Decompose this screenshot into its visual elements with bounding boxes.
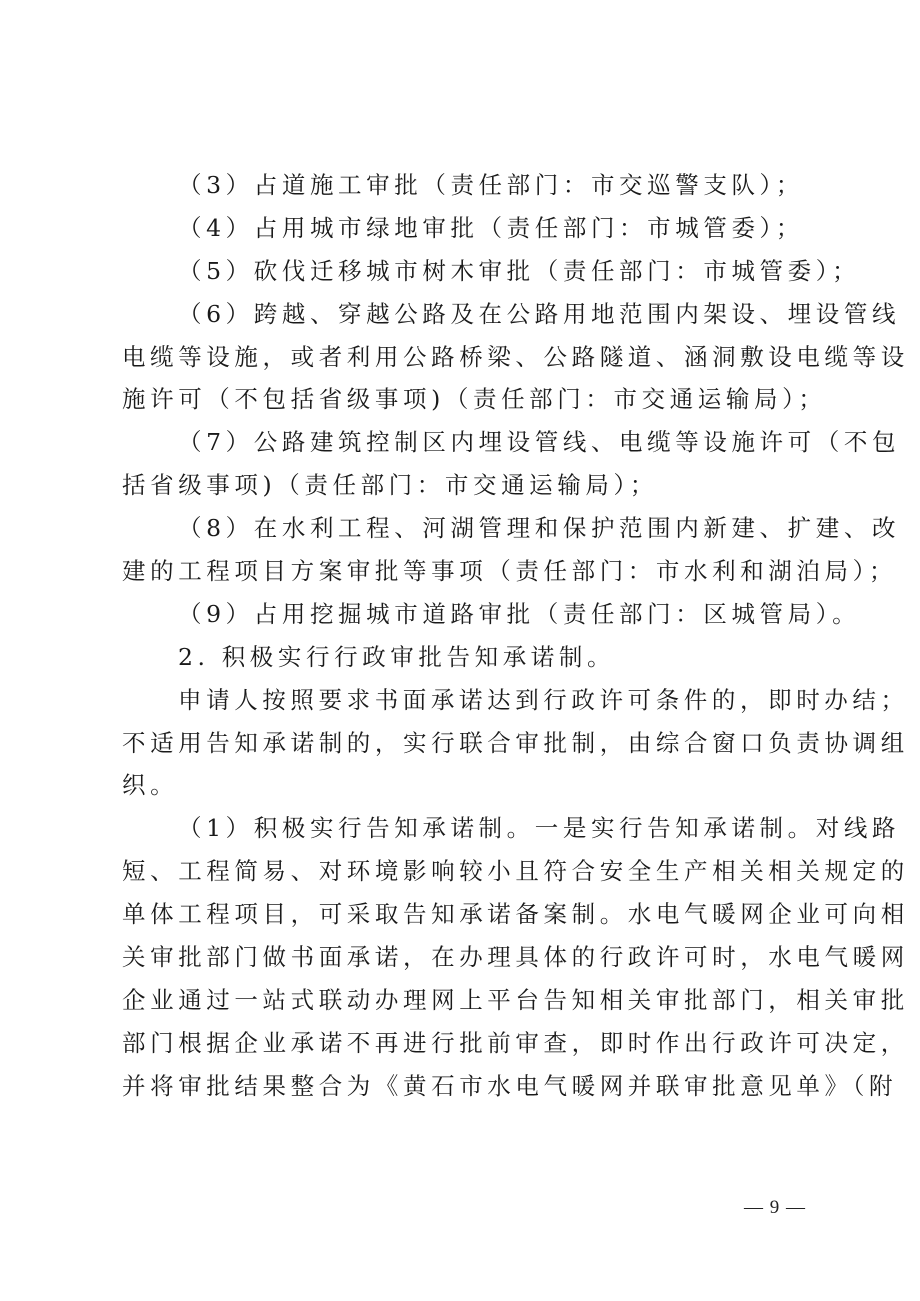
list-item-6-line-1: （6）跨越、穿越公路及在公路用地范围内架设、埋设管线 xyxy=(122,293,802,336)
paragraph-line: 并将审批结果整合为《黄石市水电气暖网并联审批意见单》（附 xyxy=(122,1065,802,1108)
paragraph-line: 关审批部门做书面承诺，在办理具体的行政许可时，水电气暖网 xyxy=(122,936,802,979)
list-item-6-line-2: 电缆等设施，或者利用公路桥梁、公路隧道、涵洞敷设电缆等设 xyxy=(122,336,802,379)
paragraph-line: 短、工程简易、对环境影响较小且符合安全生产相关相关规定的 xyxy=(122,850,802,893)
paragraph-line: 部门根据企业承诺不再进行批前审查，即时作出行政许可决定， xyxy=(122,1022,802,1065)
paragraph-line: 单体工程项目，可采取告知承诺备案制。水电气暖网企业可向相 xyxy=(122,893,802,936)
list-item-4: （4）占用城市绿地审批（责任部门：市城管委）； xyxy=(122,207,802,250)
section-heading-2: 2. 积极实行行政审批告知承诺制。 xyxy=(122,636,802,679)
paragraph-line: 申请人按照要求书面承诺达到行政许可条件的，即时办结； xyxy=(122,679,802,722)
list-item-8-line-1: （8）在水利工程、河湖管理和保护范围内新建、扩建、改 xyxy=(122,507,802,550)
list-item-3: （3）占道施工审批（责任部门：市交巡警支队）； xyxy=(122,164,802,207)
paragraph-line: 织。 xyxy=(122,764,802,807)
paragraph-line: （1）积极实行告知承诺制。一是实行告知承诺制。对线路 xyxy=(122,807,802,850)
document-body: （3）占道施工审批（责任部门：市交巡警支队）； （4）占用城市绿地审批（责任部门… xyxy=(122,164,802,1108)
list-item-9: （9）占用挖掘城市道路审批（责任部门：区城管局）。 xyxy=(122,593,802,636)
list-item-6-line-3: 施许可（不包括省级事项)（责任部门：市交通运输局）； xyxy=(122,378,802,421)
paragraph-line: 企业通过一站式联动办理网上平台告知相关审批部门，相关审批 xyxy=(122,979,802,1022)
list-item-8-line-2: 建的工程项目方案审批等事项（责任部门：市水利和湖泊局）； xyxy=(122,550,802,593)
paragraph-line: 不适用告知承诺制的，实行联合审批制，由综合窗口负责协调组 xyxy=(122,722,802,765)
list-item-7-line-2: 括省级事项)（责任部门：市交通运输局）； xyxy=(122,464,802,507)
page-number: — 9 — xyxy=(744,1197,806,1219)
list-item-5: （5）砍伐迁移城市树木审批（责任部门：市城管委）； xyxy=(122,250,802,293)
list-item-7-line-1: （7）公路建筑控制区内埋设管线、电缆等设施许可（不包 xyxy=(122,421,802,464)
